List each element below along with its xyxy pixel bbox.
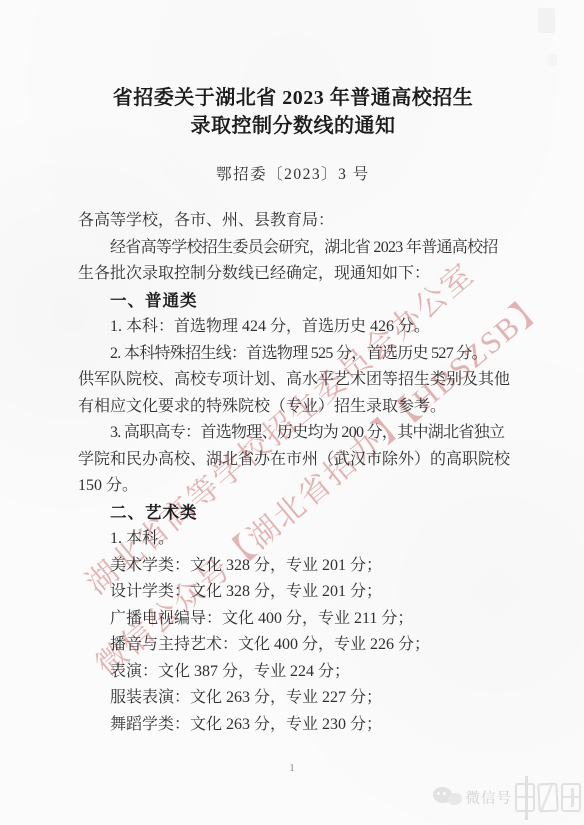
body-line-fashion-show: 服装表演：文化 263 分，专业 227 分；	[78, 685, 508, 712]
document-number: 鄂招委〔2023〕3 号	[78, 165, 508, 185]
body-line-gaozhi-3: 150 分。	[78, 473, 508, 500]
body-line-special-2: 供军队院校、高校专项计划、高水平艺术团等招生类别及其他	[78, 367, 508, 394]
body-line-fine-arts: 美术学类：文化 328 分，专业 201 分；	[78, 553, 508, 580]
body-line-gaozhi-1: 3. 高职高专：首选物理、历史均为 200 分，其中湖北省独立	[78, 420, 508, 447]
body-line-dance: 舞蹈学类：文化 263 分，专业 230 分；	[78, 712, 508, 739]
body-line-performance: 表演：文化 387 分，专业 224 分；	[78, 659, 508, 686]
body-line-hosting: 播音与主持艺术：文化 400 分，专业 226 分；	[78, 632, 508, 659]
body-line-salutation: 各高等学校，各市、州、县教育局：	[78, 208, 508, 235]
title-line-1: 省招委关于湖北省 2023 年普通高校招生	[78, 84, 508, 112]
source-watermark: 微信号	[433, 775, 584, 819]
body-line-art-benke: 1. 本科。	[78, 526, 508, 553]
body-line-special-3: 有相应文化要求的特殊院校（专业）招生录取参考。	[78, 394, 508, 421]
body-line-special-1: 2. 本科特殊招生线：首选物理 525 分，首选历史 527 分。	[78, 341, 508, 368]
notice-document: 省招委关于湖北省 2023 年普通高校招生 录取控制分数线的通知 鄂招委〔202…	[78, 0, 508, 738]
wechat-label: 微信号	[466, 787, 513, 808]
body-line-benke: 1. 本科：首选物理 424 分，首选历史 426 分。	[78, 314, 508, 341]
body-line-design: 设计学类：文化 328 分，专业 201 分；	[78, 579, 508, 606]
scan-smudge	[538, 8, 555, 33]
source-logo-graphic	[515, 775, 583, 819]
body-line-gaozhi-2: 学院和民办高校、湖北省办在市州（武汉市除外）的高职院校	[78, 447, 508, 474]
title-line-2: 录取控制分数线的通知	[78, 112, 508, 140]
document-title: 省招委关于湖北省 2023 年普通高校招生 录取控制分数线的通知	[78, 84, 508, 140]
scan-smudge	[547, 55, 557, 65]
document-page: 湖北省高等学校招生委员会办公室 微信公众号【湖北省招办】【HBSZSB】 省招委…	[0, 0, 584, 825]
page-number: 1	[0, 762, 584, 774]
section-heading-art: 二、艺术类	[78, 500, 508, 527]
wechat-bubbles-icon	[433, 784, 463, 810]
section-heading-general: 一、普通类	[78, 288, 508, 315]
body-line-broadcast: 广播电视编导：文化 400 分，专业 211 分；	[78, 606, 508, 633]
body-line-intro-2: 生各批次录取控制分数线已经确定，现通知如下：	[78, 261, 508, 288]
document-body: 各高等学校，各市、州、县教育局： 经省高等学校招生委员会研究，湖北省 2023 …	[78, 208, 508, 738]
body-line-intro-1: 经省高等学校招生委员会研究，湖北省 2023 年普通高校招	[78, 235, 508, 262]
